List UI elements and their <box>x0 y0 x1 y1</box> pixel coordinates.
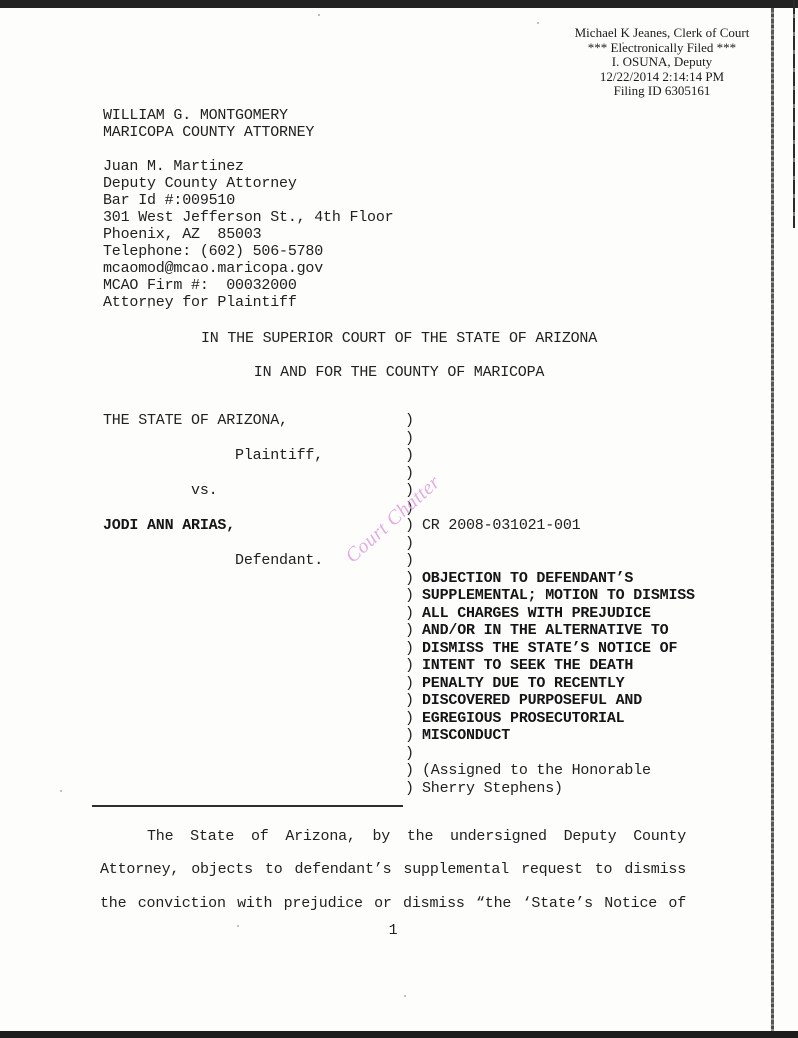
attorney-block-line: MCAO Firm #: 00032000 <box>103 277 393 294</box>
body-line: The State of Arizona, by the undersigned… <box>100 820 686 853</box>
caption-party-text <box>103 762 405 780</box>
attorney-block-line: Juan M. Martinez <box>103 158 393 175</box>
caption-paren: ) <box>405 710 422 728</box>
caption-party-text <box>103 727 405 745</box>
caption-right-text: CR 2008-031021-001 <box>422 517 580 535</box>
caption-right-text: MISCONDUCT <box>422 727 510 745</box>
caption-party-text <box>103 535 405 553</box>
attorney-block-line: Bar Id #:009510 <box>103 192 393 209</box>
caption-paren: ) <box>405 780 422 798</box>
court-title-line-2: IN AND FOR THE COUNTY OF MARICOPA <box>6 364 792 381</box>
efiling-stamp-line: Filing ID 6305161 <box>568 84 756 99</box>
caption-row: ) <box>103 465 695 483</box>
caption-divider-rule <box>92 805 403 807</box>
caption-party-text <box>103 692 405 710</box>
efiling-stamp: Michael K Jeanes, Clerk of Court*** Elec… <box>568 26 756 99</box>
caption-party-text <box>103 465 405 483</box>
attorney-block-line: Attorney for Plaintiff <box>103 294 393 311</box>
attorney-block-line: Phoenix, AZ 85003 <box>103 226 393 243</box>
page-background: Michael K Jeanes, Clerk of Court*** Elec… <box>0 0 798 1038</box>
caption-paren: ) <box>405 535 422 553</box>
caption-paren: ) <box>405 500 422 518</box>
caption-party-text <box>103 780 405 798</box>
caption-row: ) SUPPLEMENTAL; MOTION TO DISMISS <box>103 587 695 605</box>
caption-paren: ) <box>405 657 422 675</box>
caption-row: ) ALL CHARGES WITH PREJUDICE <box>103 605 695 623</box>
caption-row: THE STATE OF ARIZONA, ) <box>103 412 695 430</box>
attorney-block-line: 301 West Jefferson St., 4th Floor <box>103 209 393 226</box>
scan-artifact-thin-line <box>793 0 795 228</box>
caption-right-text: OBJECTION TO DEFENDANT’S <box>422 570 633 588</box>
caption-party-text <box>103 570 405 588</box>
caption-party-text <box>103 640 405 658</box>
caption-paren: ) <box>405 692 422 710</box>
caption-paren: ) <box>405 412 422 430</box>
page-number: 1 <box>100 921 686 941</box>
caption-paren: ) <box>405 605 422 623</box>
caption-row: ) EGREGIOUS PROSECUTORIAL <box>103 710 695 728</box>
caption-party-text <box>103 745 405 763</box>
caption-party-text <box>103 675 405 693</box>
caption-paren: ) <box>405 570 422 588</box>
caption-row: ) <box>103 500 695 518</box>
attorney-block-line: MARICOPA COUNTY ATTORNEY <box>103 124 393 141</box>
scan-edge-top <box>0 0 798 8</box>
caption-row: ) MISCONDUCT <box>103 727 695 745</box>
caption-right-text: PENALTY DUE TO RECENTLY <box>422 675 624 693</box>
body-line: the conviction with prejudice or dismiss… <box>100 887 686 920</box>
caption-row: ) DISCOVERED PURPOSEFUL AND <box>103 692 695 710</box>
caption-right-text: Sherry Stephens) <box>422 780 563 798</box>
caption-party-text <box>103 430 405 448</box>
caption-paren: ) <box>405 482 422 500</box>
caption-right-text: SUPPLEMENTAL; MOTION TO DISMISS <box>422 587 695 605</box>
attorney-block: WILLIAM G. MONTGOMERYMARICOPA COUNTY ATT… <box>103 107 393 311</box>
attorney-block-line: mcaomod@mcao.maricopa.gov <box>103 260 393 277</box>
scanned-court-document: { "stamp": { "lines": [ "Michael K Jeane… <box>0 0 798 1038</box>
caption-party-text: Plaintiff, <box>103 447 405 465</box>
caption-row: ) AND/OR IN THE ALTERNATIVE TO <box>103 622 695 640</box>
scan-speck <box>60 790 62 792</box>
attorney-block-line <box>103 141 393 158</box>
caption-paren: ) <box>405 517 422 535</box>
caption-paren: ) <box>405 675 422 693</box>
caption-right-text: ALL CHARGES WITH PREJUDICE <box>422 605 651 623</box>
caption-row: ) PENALTY DUE TO RECENTLY <box>103 675 695 693</box>
caption-right-text: DISCOVERED PURPOSEFUL AND <box>422 692 642 710</box>
caption-row: vs. ) <box>103 482 695 500</box>
caption-party-text: vs. <box>103 482 405 500</box>
caption-right-text: INTENT TO SEEK THE DEATH <box>422 657 633 675</box>
caption-paren: ) <box>405 745 422 763</box>
caption-row: ) Sherry Stephens) <box>103 780 695 798</box>
attorney-block-line: Deputy County Attorney <box>103 175 393 192</box>
caption-party-text <box>103 622 405 640</box>
efiling-stamp-line: Michael K Jeanes, Clerk of Court <box>568 26 756 41</box>
caption-row: ) INTENT TO SEEK THE DEATH <box>103 657 695 675</box>
caption-paren: ) <box>405 622 422 640</box>
caption-row: ) OBJECTION TO DEFENDANT’S <box>103 570 695 588</box>
court-title-line-1: IN THE SUPERIOR COURT OF THE STATE OF AR… <box>6 330 792 347</box>
caption-party-text <box>103 710 405 728</box>
caption-paren: ) <box>405 640 422 658</box>
scan-edge-bottom <box>0 1031 798 1038</box>
attorney-block-line: Telephone: (602) 506-5780 <box>103 243 393 260</box>
efiling-stamp-line: I. OSUNA, Deputy <box>568 55 756 70</box>
caption-right-text: (Assigned to the Honorable <box>422 762 651 780</box>
attorney-block-line: WILLIAM G. MONTGOMERY <box>103 107 393 124</box>
caption-party-text <box>103 657 405 675</box>
caption-row: Plaintiff, ) <box>103 447 695 465</box>
caption-party-text <box>103 587 405 605</box>
case-caption: THE STATE OF ARIZONA, ) ) Plaintiff, ) ) <box>103 412 695 797</box>
caption-row: JODI ANN ARIAS, ) CR 2008-031021-001 <box>103 517 695 535</box>
caption-row: ) <box>103 745 695 763</box>
body-paragraph: The State of Arizona, by the undersigned… <box>100 820 686 920</box>
body-line: Attorney, objects to defendant’s supplem… <box>100 853 686 886</box>
caption-right-text: EGREGIOUS PROSECUTORIAL <box>422 710 624 728</box>
caption-paren: ) <box>405 465 422 483</box>
scan-speck <box>318 14 320 16</box>
caption-party-text: THE STATE OF ARIZONA, <box>103 412 405 430</box>
caption-party-text: JODI ANN ARIAS, <box>103 517 405 535</box>
caption-row: Defendant. ) <box>103 552 695 570</box>
caption-row: ) <box>103 535 695 553</box>
caption-paren: ) <box>405 762 422 780</box>
caption-paren: ) <box>405 430 422 448</box>
efiling-stamp-line: 12/22/2014 2:14:14 PM <box>568 70 756 85</box>
caption-paren: ) <box>405 447 422 465</box>
caption-row: ) (Assigned to the Honorable <box>103 762 695 780</box>
caption-party-text <box>103 605 405 623</box>
caption-party-text <box>103 500 405 518</box>
scan-artifact-vertical-line <box>771 8 774 1031</box>
caption-row: ) DISMISS THE STATE’S NOTICE OF <box>103 640 695 658</box>
caption-paren: ) <box>405 727 422 745</box>
caption-paren: ) <box>405 587 422 605</box>
caption-row: ) <box>103 430 695 448</box>
caption-party-text: Defendant. <box>103 552 405 570</box>
caption-right-text: DISMISS THE STATE’S NOTICE OF <box>422 640 677 658</box>
caption-right-text: AND/OR IN THE ALTERNATIVE TO <box>422 622 668 640</box>
efiling-stamp-line: *** Electronically Filed *** <box>568 41 756 56</box>
scan-speck <box>404 995 406 997</box>
scan-speck <box>537 22 539 24</box>
caption-paren: ) <box>405 552 422 570</box>
